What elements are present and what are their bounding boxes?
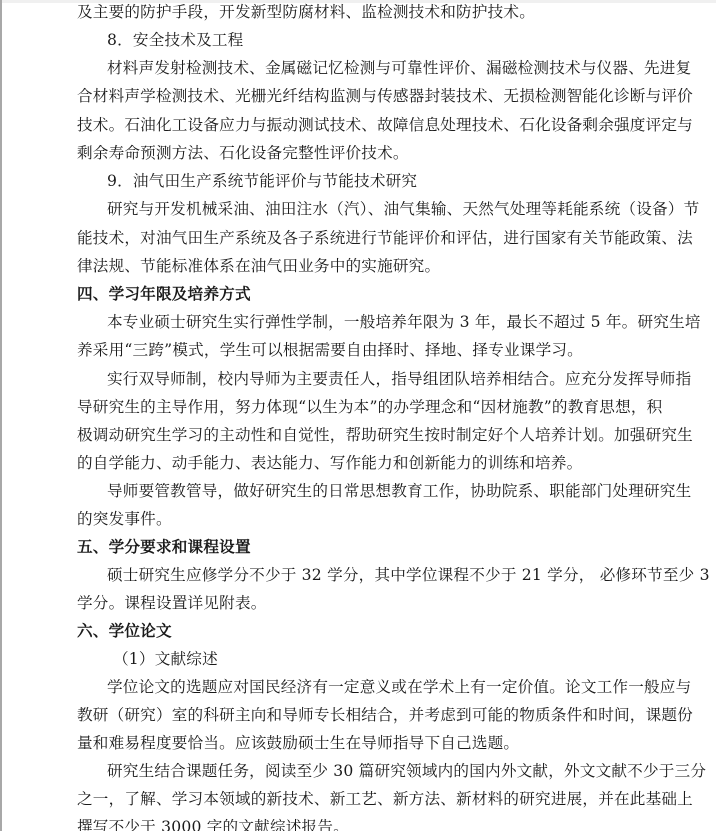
text-line: 研究生结合课题任务，阅读至少 30 篇研究领域内的国内外文献，外文文献不少于三分	[107, 761, 706, 781]
text-line: 及主要的防护手段，开发新型防腐材料、监检测技术和防护技术。	[77, 2, 535, 22]
text-line: 导研究生的主导作用，努力体现“以生为本”的办学理念和“因材施教”的教育思想，积	[77, 397, 662, 417]
text-line: 的自学能力、动手能力、表达能力、写作能力和创新能力的训练和培养。	[77, 453, 582, 473]
text-line: 本专业硕士研究生实行弹性学制，一般培养年限为 3 年，最长不超过 5 年。研究生…	[107, 312, 701, 332]
text-line: 律法规、节能标准体系在油气田业务中的实施研究。	[77, 256, 440, 276]
subheading-8: 8．安全技术及工程	[107, 30, 243, 50]
text-line: 导师要管教管导，做好研究生的日常思想教育工作，协助院系、职能部门处理研究生	[107, 481, 691, 501]
text-line: 之一，了解、学习本领域的新技术、新工艺、新方法、新材料的研究进展，并在此基础上	[77, 789, 693, 809]
section-heading-5: 五、学分要求和课程设置	[77, 537, 251, 557]
text-line: 技术。石油化工设备应力与振动测试技术、故障信息处理技术、石化设备剩余强度评定与	[77, 115, 693, 135]
text-line: 剩余寿命预测方法、石化设备完整性评价技术。	[77, 143, 409, 163]
text-line: 学分。课程设置详见附表。	[77, 593, 267, 613]
section-heading-6: 六、学位论文	[77, 621, 172, 641]
text-line: 硕士研究生应修学分不少于 32 学分，其中学位课程不少于 21 学分， 必修环节…	[107, 565, 710, 585]
text-line: 教研（研究）室的科研主向和导师专长相结合，并考虑到可能的物质条件和时间，课题份	[77, 705, 693, 725]
text-line: 合材料声学检测技术、光栅光纤结构监测与传感器封装技术、无损检测智能化诊断与评价	[77, 86, 693, 106]
text-line: 极调动研究生学习的主动性和自觉性，帮助研究生按时制定好个人培养计划。加强研究生	[77, 425, 693, 445]
text-line: 材料声发射检测技术、金属磁记忆检测与可靠性评价、漏磁检测技术与仪器、先进复	[107, 58, 691, 78]
text-line: 撰写不少于 3000 字的文献综述报告。	[77, 817, 349, 831]
text-line: 研究与开发机械采油、油田注水（汽）、油气集输、天然气处理等耗能系统（设备）节	[107, 199, 699, 219]
text-line: 量和难易程度要恰当。应该鼓励硕士生在导师指导下自己选题。	[77, 733, 519, 753]
text-line: 养采用“三跨”模式，学生可以根据需要自由择时、择地、择专业课学习。	[77, 340, 583, 360]
subheading-9: 9．油气田生产系统节能评价与节能技术研究	[107, 171, 417, 191]
text-line: 的突发事件。	[77, 509, 172, 529]
text-line: 学位论文的选题应对国民经济有一定意义或在学术上有一定价值。论文工作一般应与	[107, 677, 691, 697]
text-line: 实行双导师制，校内导师为主要责任人，指导组团队培养相结合。应充分发挥导师指	[107, 369, 691, 389]
page-left-border	[0, 0, 2, 831]
section-heading-4: 四、学习年限及培养方式	[77, 284, 251, 304]
subheading-literature-review: （1）文献综述	[113, 649, 218, 669]
text-line: 能技术，对油气田生产系统及各子系统进行节能评价和评估，进行国家有关节能政策、法	[77, 228, 693, 248]
